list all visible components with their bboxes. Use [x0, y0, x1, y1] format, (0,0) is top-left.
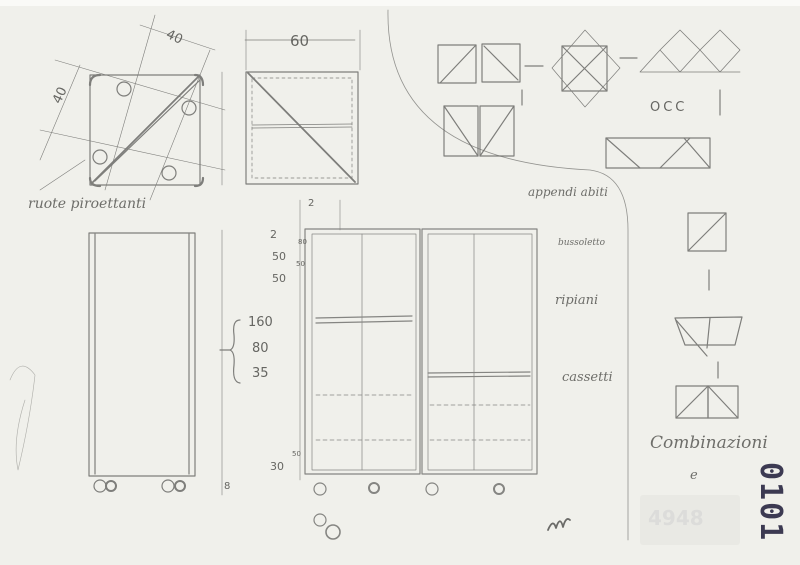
dim-side-50-b: 50 [272, 272, 286, 285]
side-view-cabinet [89, 230, 240, 495]
label-combinations: Combinazioni [650, 433, 768, 453]
dim-side-small-a: 50 [296, 260, 305, 268]
dim-bottom-30: 30 [270, 460, 284, 473]
scribble [10, 366, 35, 470]
front-view-cabinets [300, 200, 537, 539]
plan-view-hanger [222, 30, 360, 185]
archive-stamp: 0101 [748, 462, 788, 557]
dim-60: 60 [290, 32, 309, 50]
note-rail: bussoletto [558, 238, 605, 248]
base-height-8: 8 [224, 481, 230, 492]
note-drawers: cassetti [562, 370, 613, 385]
dim-gap-2: 2 [270, 228, 277, 241]
signature [548, 519, 570, 530]
plan-view-casters [40, 15, 225, 200]
height-35: 35 [252, 366, 269, 381]
note-hanger: appendi abiti [528, 185, 608, 199]
combination-diagrams [438, 30, 742, 418]
caster-note: ruote piroettanti [28, 196, 146, 212]
faded-label-text: 4948 [648, 506, 704, 530]
height-80: 80 [252, 341, 269, 356]
dim-top-2: 2 [308, 198, 314, 209]
height-160: 160 [248, 315, 273, 330]
pencil-drawing [0, 0, 800, 565]
dim-top-small: 80 [298, 238, 307, 246]
dim-side-50-a: 50 [272, 250, 286, 263]
note-shelves: ripiani [555, 293, 598, 308]
paper-sheet: 40 40 60 ruote piroettanti 160 80 35 8 2… [0, 0, 800, 565]
label-e: e [690, 468, 698, 483]
label-occ: OCC [650, 100, 687, 115]
dim-bottom-small: 50 [292, 450, 301, 458]
divider-curve [388, 10, 628, 540]
